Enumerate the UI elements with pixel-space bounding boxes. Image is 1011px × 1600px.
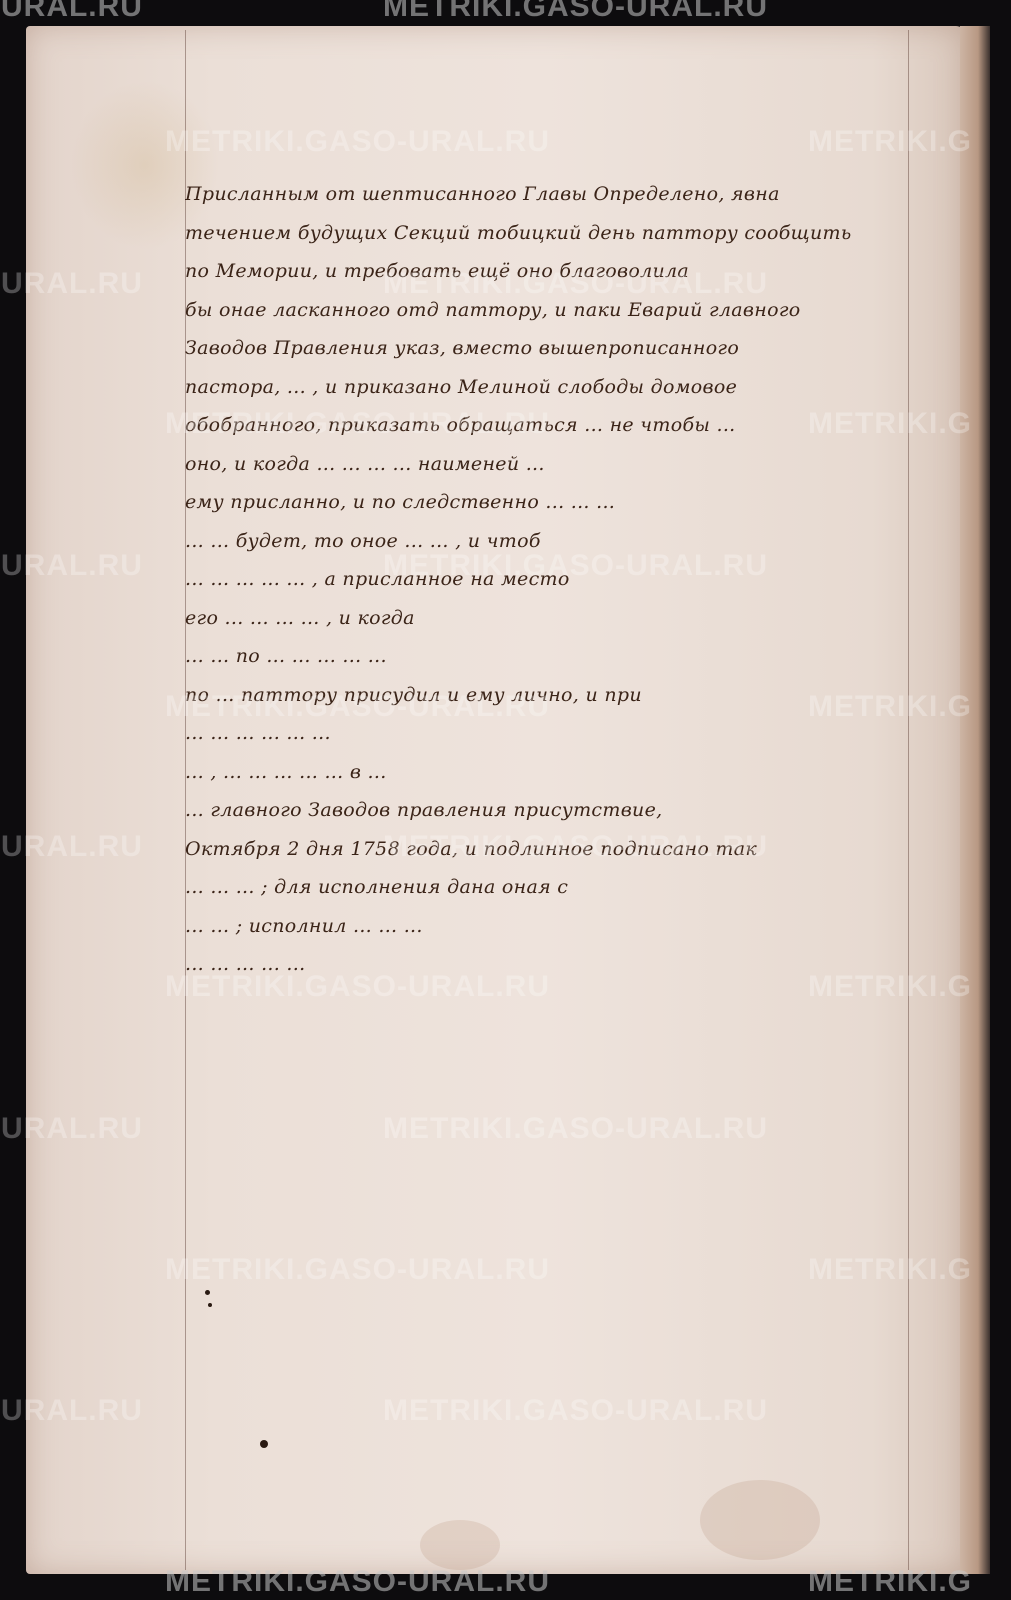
watermark: -URAL.RU (0, 1112, 143, 1146)
watermark: METRIKI.G (808, 125, 972, 159)
ink-mark (208, 1303, 212, 1307)
text-line: ... , ... ... ... ... ... в ... (185, 753, 920, 792)
watermark: METRIKI.G (808, 1253, 972, 1287)
paper-stain (420, 1520, 500, 1570)
watermark: METRIKI.G (808, 407, 972, 441)
watermark: METRIKI.GASO-URAL.RU (165, 125, 550, 159)
text-line: Заводов Правления указ, вместо вышепропи… (185, 329, 920, 368)
watermark: -URAL.RU (0, 830, 143, 864)
text-line: ... ... ... ; для исполнения дана оная с (185, 868, 920, 907)
text-line: ему присланно, и по следственно ... ... … (185, 483, 920, 522)
watermark: METRIKI.GASO-URAL.RU (165, 1565, 550, 1599)
text-line: Присланным от шептисанного Главы Определ… (185, 175, 920, 214)
watermark: METRIKI.G (808, 690, 972, 724)
ink-mark (260, 1440, 268, 1448)
ink-mark (205, 1290, 210, 1295)
watermark: -URAL.RU (0, 1394, 143, 1428)
watermark: METRIKI.GASO-URAL.RU (165, 1253, 550, 1287)
text-line: пастора, ... , и приказано Мелиной слобо… (185, 368, 920, 407)
watermark: METRIKI.GASO-URAL.RU (383, 1112, 768, 1146)
watermark: METRIKI.GASO-URAL.RU (383, 0, 768, 24)
page-edge (960, 26, 990, 1574)
watermark: -URAL.RU (0, 549, 143, 583)
watermark: METRIKI.G (808, 1565, 972, 1599)
text-line: оно, и когда ... ... ... ... наименей ..… (185, 445, 920, 484)
text-line: ... ... ; исполнил ... ... ... (185, 907, 920, 946)
text-line: ... ... по ... ... ... ... ... (185, 637, 920, 676)
text-line: течением будущих Секций тобицкий день па… (185, 214, 920, 253)
text-line: его ... ... ... ... , и когда (185, 599, 920, 638)
watermark: -URAL.RU (0, 0, 143, 24)
watermark: METRIKI.GASO-URAL.RU (165, 690, 550, 724)
watermark: METRIKI.GASO-URAL.RU (383, 830, 768, 864)
watermark: -URAL.RU (0, 267, 143, 301)
watermark: METRIKI.GASO-URAL.RU (383, 1394, 768, 1428)
watermark: METRIKI.GASO-URAL.RU (383, 549, 768, 583)
paper-stain (700, 1480, 820, 1560)
watermark: METRIKI.GASO-URAL.RU (383, 267, 768, 301)
watermark: METRIKI.GASO-URAL.RU (165, 407, 550, 441)
watermark: METRIKI.G (808, 970, 972, 1004)
text-line: ... главного Заводов правления присутств… (185, 791, 920, 830)
watermark: METRIKI.GASO-URAL.RU (165, 970, 550, 1004)
